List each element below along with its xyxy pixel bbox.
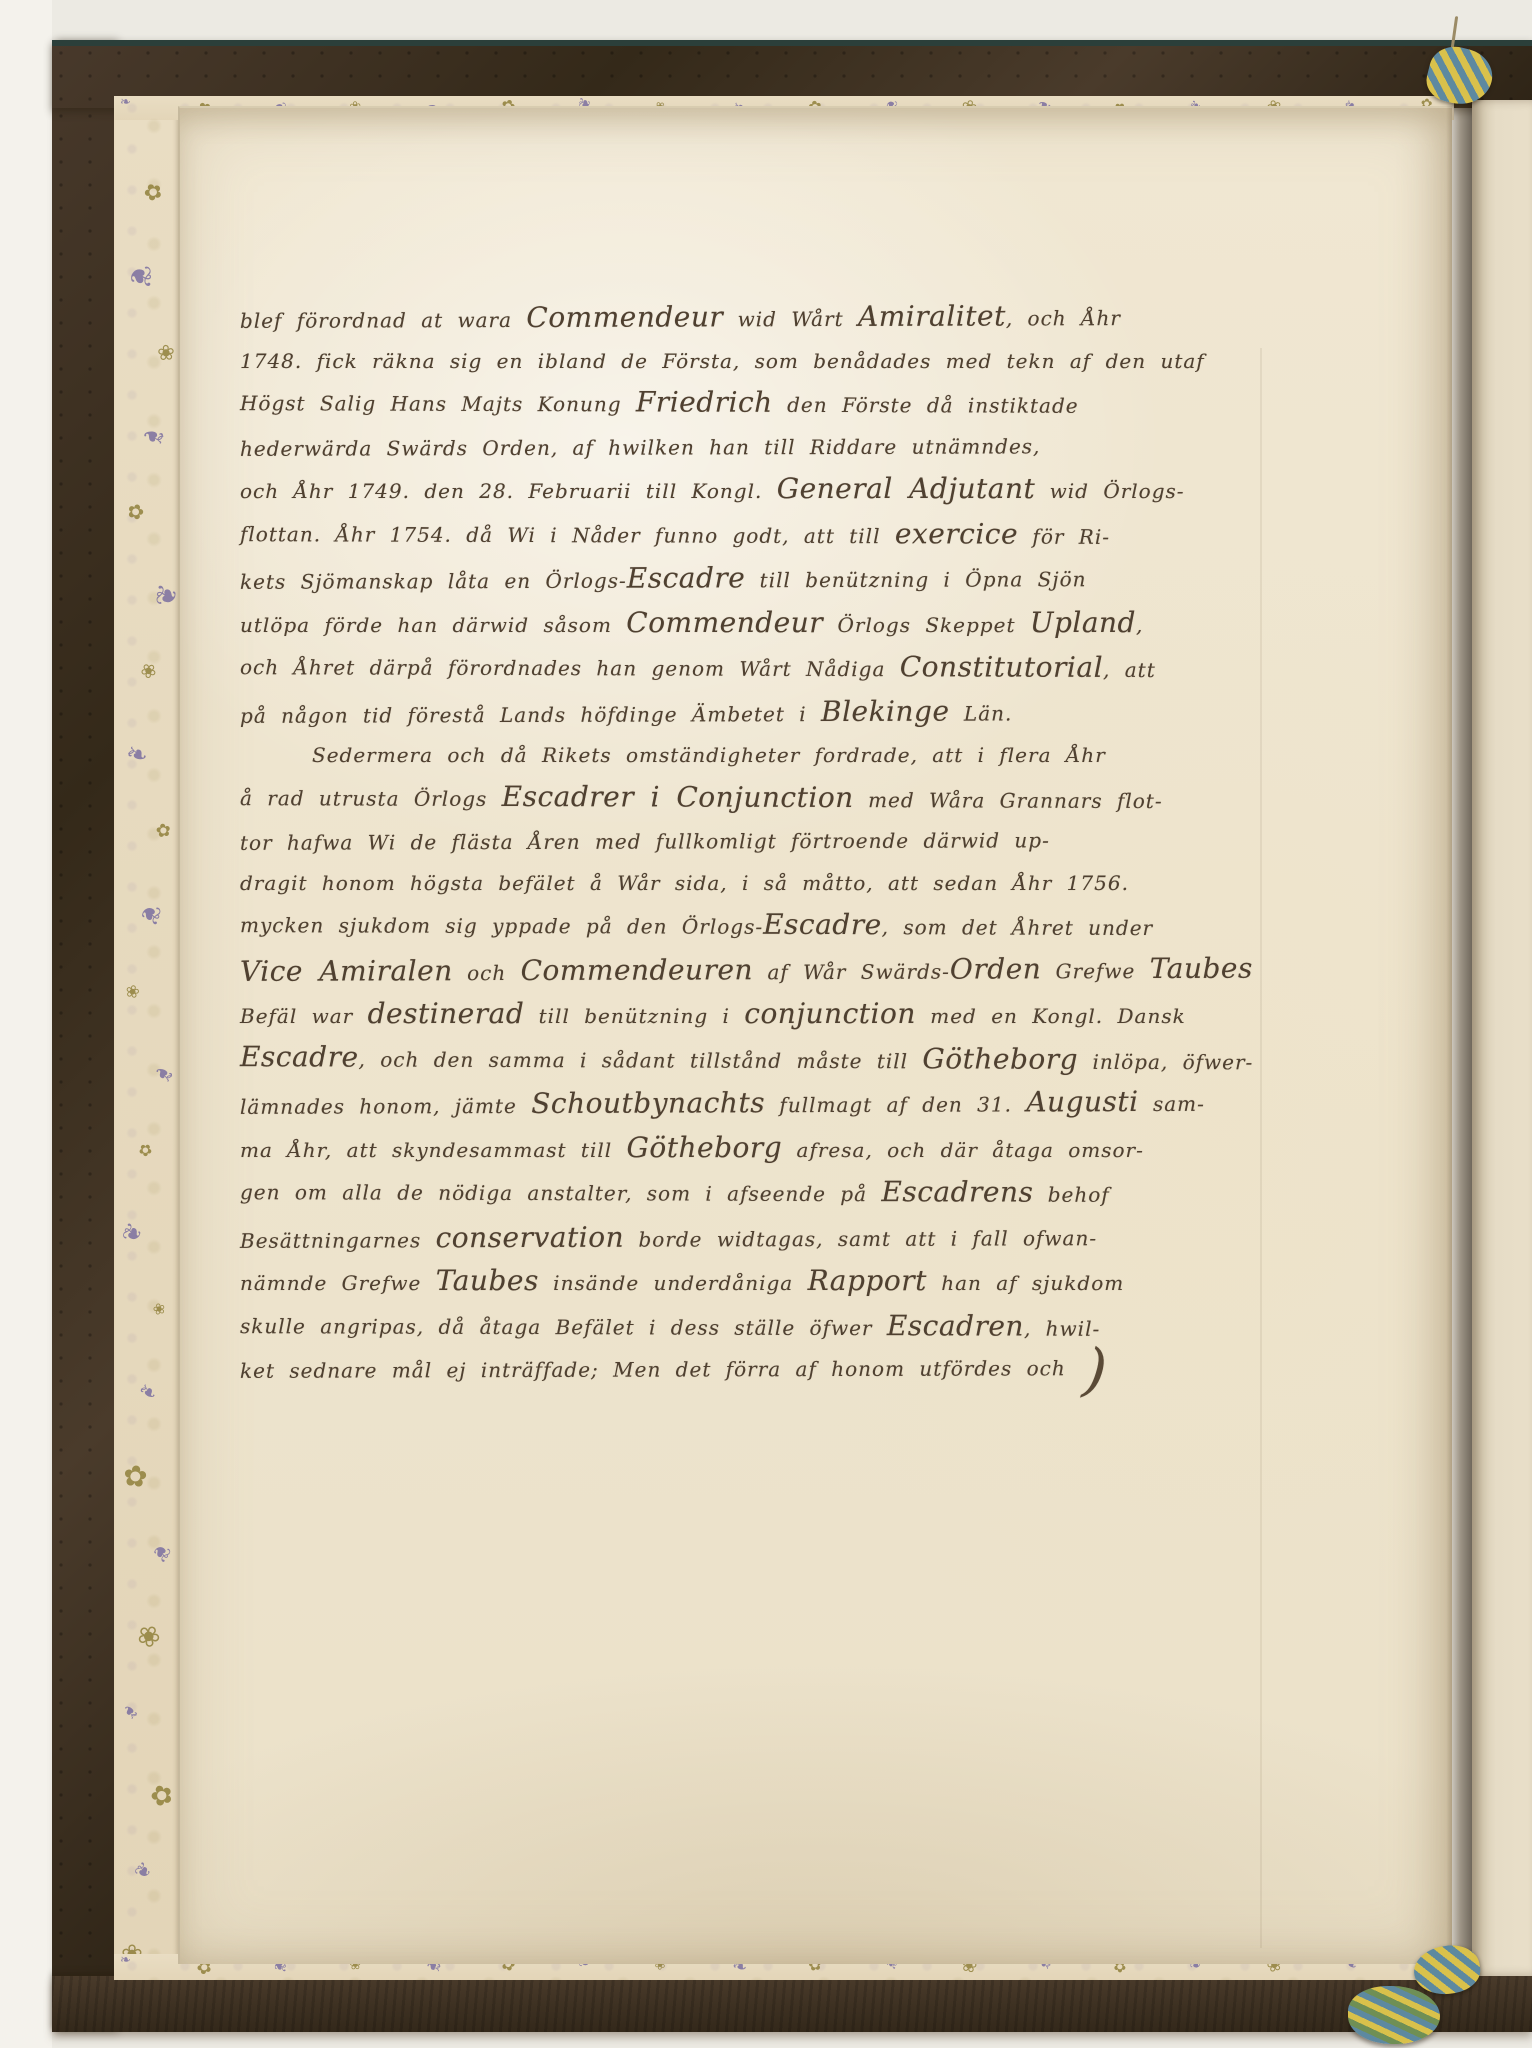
manuscript-line: Escadre, och den samma i sådant tillstån… — [240, 1036, 1420, 1084]
floral-sprig-icon: ✿ — [122, 499, 148, 524]
floral-sprig-icon: ❧ — [134, 1379, 161, 1407]
floral-sprig-icon: ❧ — [123, 739, 151, 770]
manuscript-word: gen om alla de nödiga anstalter, som i a… — [240, 1180, 881, 1206]
next-page-edge — [1472, 100, 1532, 1976]
floral-sprig-icon: ❧ — [120, 1954, 131, 1967]
manuscript-word-emphasis: Götheborg — [627, 1131, 783, 1164]
scan-background-strip — [0, 0, 52, 2048]
manuscript-line: Högst Salig Hans Majts Konung Friedrich … — [240, 380, 1420, 428]
floral-sprig-icon: ❧ — [120, 96, 131, 109]
manuscript-word: Befäl war — [240, 1004, 368, 1028]
floral-sprig-icon: ✿ — [136, 1141, 155, 1159]
manuscript-word: mycken sjukdom sig yppade på den Örlogs- — [240, 913, 763, 939]
manuscript-word-emphasis: Commendeur — [626, 606, 823, 639]
manuscript-line: ket sednare mål ej inträffade; Men det f… — [240, 1347, 1420, 1392]
manuscript-word: och — [453, 960, 521, 984]
manuscript-word: Grefwe — [1041, 958, 1150, 982]
floral-sprig-icon: ❦ — [147, 1539, 174, 1566]
manuscript-line: hederwärda Swärds Orden, af hwilken han … — [240, 425, 1420, 470]
manuscript-word: ket sednare mål ej inträffade; Men det f… — [240, 1356, 1066, 1383]
floral-sprig-icon: ✿ — [138, 179, 167, 207]
manuscript-line: mycken sjukdom sig yppade på den Örlogs-… — [240, 902, 1420, 950]
manuscript-word-emphasis: conjunction — [744, 997, 916, 1030]
manuscript-word: tor hafwa Wi de flästa Åren med fullkoml… — [240, 828, 1050, 855]
manuscript-word: behof — [1033, 1183, 1109, 1207]
manuscript-word: borde widtagas, samt att i fall ofwan- — [624, 1226, 1097, 1251]
manuscript-word: å rad utrusta Örlogs — [240, 786, 502, 811]
manuscript-word: sam- — [1139, 1092, 1205, 1116]
manuscript-line: Befäl war destinerad till benützning i c… — [240, 993, 1420, 1038]
manuscript-word-emphasis: Escadre — [627, 561, 746, 594]
page-gutter-shadow — [1446, 100, 1472, 1976]
manuscript-word: wid Örlogs- — [1035, 479, 1184, 503]
manuscript-word-emphasis: Commendeuren — [520, 953, 753, 987]
manuscript-word: fullmagt af den 31. — [765, 1092, 1026, 1117]
manuscript-word: , att — [1103, 658, 1156, 682]
manuscript-word: afresa, och där åtaga omsor- — [782, 1138, 1144, 1162]
manuscript-word-emphasis: Vice Amiralen — [240, 954, 453, 988]
manuscript-line: å rad utrusta Örlogs Escadrer i Conjunct… — [240, 775, 1420, 823]
manuscript-line: och Åhret därpå förordnades han genom Wå… — [240, 644, 1420, 692]
manuscript-word-emphasis: Amiralitet — [858, 299, 1006, 332]
floral-sprig-icon: ❀ — [135, 1621, 162, 1652]
manuscript-word-emphasis: Upland — [1030, 606, 1136, 639]
manuscript-line: kets Sjömanskap låta en Örlogs-Escadre t… — [240, 555, 1420, 603]
manuscript-line: utlöpa förde han därwid såsom Commendeur… — [240, 602, 1420, 647]
manuscript-word: utlöpa förde han därwid såsom — [240, 613, 626, 637]
manuscript-word-emphasis: Rapport — [808, 1264, 927, 1297]
manuscript-line: gen om alla de nödiga anstalter, som i a… — [240, 1169, 1420, 1217]
manuscript-text: blef förordnad at wara Commendeur wid Wå… — [240, 296, 1420, 1391]
manuscript-word-emphasis: Escadrer i Conjunction — [502, 779, 854, 813]
floral-sprig-icon: ❧ — [150, 1059, 178, 1089]
manuscript-word: på någon tid förestå Lands höfdinge Ämbe… — [240, 702, 821, 728]
manuscript-word: insände underdåniga — [539, 1271, 808, 1295]
manuscript-word: kets Sjömanskap låta en Örlogs- — [240, 569, 627, 594]
manuscript-word: skulle angripas, då åtaga Befälet i dess… — [240, 1314, 887, 1340]
manuscript-word-emphasis: Escadre — [763, 908, 882, 941]
manuscript-word-emphasis: Escadre — [240, 1040, 359, 1073]
manuscript-word: för Ri- — [1018, 524, 1110, 548]
floral-sprig-icon: ❦ — [132, 1859, 157, 1884]
manuscript-line: och Åhr 1749. den 28. Februarii till Kon… — [240, 468, 1420, 513]
marbled-endpaper-left: ❧✿❦❀❧✿❦❀❧✿❦❀❧✿❦❀❧✿❦❀❧✿❦❀ — [114, 96, 180, 1976]
manuscript-word: med en Kongl. Dansk — [916, 1004, 1186, 1028]
floral-sprig-icon: ❀ — [152, 339, 179, 366]
book-scan: ❧✿❦❀❧✿❦❀❧✿❦❀❧✿❦❀❧✿❦❀❧✿❦❀ ❧✿❦❀❧✿❦❀❧✿❦❀❧✿❦… — [0, 0, 1532, 2048]
manuscript-word: , som det Åhret under — [882, 915, 1154, 940]
floral-sprig-icon: ✿ — [151, 820, 174, 842]
manuscript-word: nämnde Grefwe — [240, 1271, 436, 1295]
manuscript-line: blef förordnad at wara Commendeur wid Wå… — [240, 294, 1420, 342]
pen-flourish: ) — [1066, 1367, 1107, 1371]
manuscript-word: lämnades honom, jämte — [240, 1094, 531, 1119]
manuscript-word: Sedermera och då Rikets omständigheter f… — [312, 743, 1106, 767]
manuscript-word-emphasis: Escadrens — [881, 1175, 1033, 1208]
manuscript-word-emphasis: conservation — [436, 1220, 625, 1254]
manuscript-word: med Wåra Grannars flot- — [854, 788, 1163, 813]
manuscript-word-emphasis: destinerad — [368, 997, 525, 1030]
manuscript-word: inlöpa, öfwer- — [1078, 1049, 1253, 1074]
floral-sprig-icon: ❀ — [122, 980, 142, 1001]
manuscript-word: Örlogs Skeppet — [823, 613, 1030, 637]
manuscript-word-emphasis: Blekinge — [821, 694, 950, 727]
manuscript-line: ma Åhr, att skyndesammast till Götheborg… — [240, 1127, 1420, 1172]
floral-sprig-icon: ❦ — [119, 1220, 148, 1248]
manuscript-word: Högst Salig Hans Majts Konung — [240, 391, 636, 416]
manuscript-word: Län. — [949, 701, 1012, 725]
manuscript-word: af Wår Swärds- — [753, 959, 950, 984]
binding-tassel-icon — [1348, 1986, 1440, 2044]
manuscript-word: dragit honom högsta befälet å Wår sida, … — [240, 871, 1129, 895]
manuscript-word-emphasis: Schoutbynachts — [531, 1086, 765, 1120]
manuscript-word-emphasis: General Adjutant — [777, 472, 1036, 505]
manuscript-word: och Åhr 1749. den 28. Februarii till Kon… — [240, 479, 777, 503]
manuscript-line: skulle angripas, då åtaga Befälet i dess… — [240, 1303, 1420, 1351]
manuscript-line: dragit honom högsta befälet å Wår sida, … — [240, 863, 1420, 905]
manuscript-word-emphasis: exercice — [895, 517, 1018, 550]
floral-sprig-icon: ❀ — [137, 659, 160, 683]
floral-sprig-icon: ❧ — [140, 421, 167, 452]
manuscript-line: på någon tid förestå Lands höfdinge Ämbe… — [240, 689, 1420, 737]
manuscript-line: Vice Amiralen och Commendeuren af Wår Sw… — [240, 947, 1420, 995]
floral-sprig-icon: ❦ — [135, 900, 166, 928]
book-cover-bottom-edge — [52, 1976, 1532, 2032]
manuscript-word: ma Åhr, att skyndesammast till — [240, 1138, 627, 1162]
manuscript-word: den Förste då instiktade — [773, 393, 1079, 418]
manuscript-line: Sedermera och då Rikets omständigheter f… — [240, 735, 1420, 777]
manuscript-word-emphasis: Constitutorial — [900, 650, 1103, 684]
manuscript-word: , och den samma i sådant tillstånd måste… — [359, 1047, 923, 1073]
floral-sprig-icon: ✿ — [148, 1783, 176, 1807]
floral-sprig-icon: ❦ — [152, 582, 180, 610]
manuscript-line: nämnde Grefwe Taubes insände underdåniga… — [240, 1260, 1420, 1305]
manuscript-word: hederwärda Swärds Orden, af hwilken han … — [240, 434, 1040, 461]
manuscript-word-emphasis: Commendeur — [526, 300, 723, 334]
manuscript-word: han af sjukdom — [927, 1271, 1124, 1295]
manuscript-word: till benützning i Öpna Sjön — [745, 567, 1086, 592]
manuscript-word: och Åhret därpå förordnades han genom Wå… — [240, 655, 900, 681]
manuscript-word: flottan. Åhr 1754. då Wi i Nåder funno g… — [240, 522, 895, 548]
manuscript-line: flottan. Åhr 1754. då Wi i Nåder funno g… — [240, 511, 1420, 559]
manuscript-line: lämnades honom, jämte Schoutbynachts ful… — [240, 1080, 1420, 1128]
manuscript-word: , — [1136, 613, 1143, 637]
book-cover-left-edge — [52, 40, 114, 2032]
manuscript-word: 1748. fick räkna sig en ibland de Första… — [240, 349, 1205, 373]
floral-sprig-icon: ❧ — [118, 1699, 144, 1725]
manuscript-word-emphasis: Orden — [950, 952, 1041, 985]
manuscript-word-emphasis: Götheborg — [922, 1042, 1078, 1075]
floral-sprig-icon: ❦ — [125, 263, 156, 289]
manuscript-word-emphasis: Taubes — [436, 1264, 539, 1297]
manuscript-word: blef förordnad at wara — [240, 308, 526, 333]
manuscript-word: wid Wårt — [723, 307, 858, 331]
manuscript-word: Besättningarnes — [240, 1228, 436, 1253]
manuscript-word-emphasis: Augusti — [1026, 1085, 1138, 1118]
manuscript-line: 1748. fick räkna sig en ibland de Första… — [240, 341, 1420, 383]
manuscript-word: till benützning i — [524, 1004, 744, 1028]
manuscript-word-emphasis: Escadren — [887, 1309, 1024, 1342]
floral-sprig-icon: ❀ — [151, 1301, 167, 1319]
manuscript-word-emphasis: Friedrich — [636, 385, 773, 418]
floral-sprig-icon: ✿ — [119, 1462, 152, 1491]
manuscript-word: , och Åhr — [1006, 306, 1121, 330]
manuscript-word-emphasis: Taubes — [1150, 951, 1253, 984]
manuscript-line: Besättningarnes conservation borde widta… — [240, 1214, 1420, 1262]
manuscript-line: tor hafwa Wi de flästa Åren med fullkoml… — [240, 819, 1420, 864]
